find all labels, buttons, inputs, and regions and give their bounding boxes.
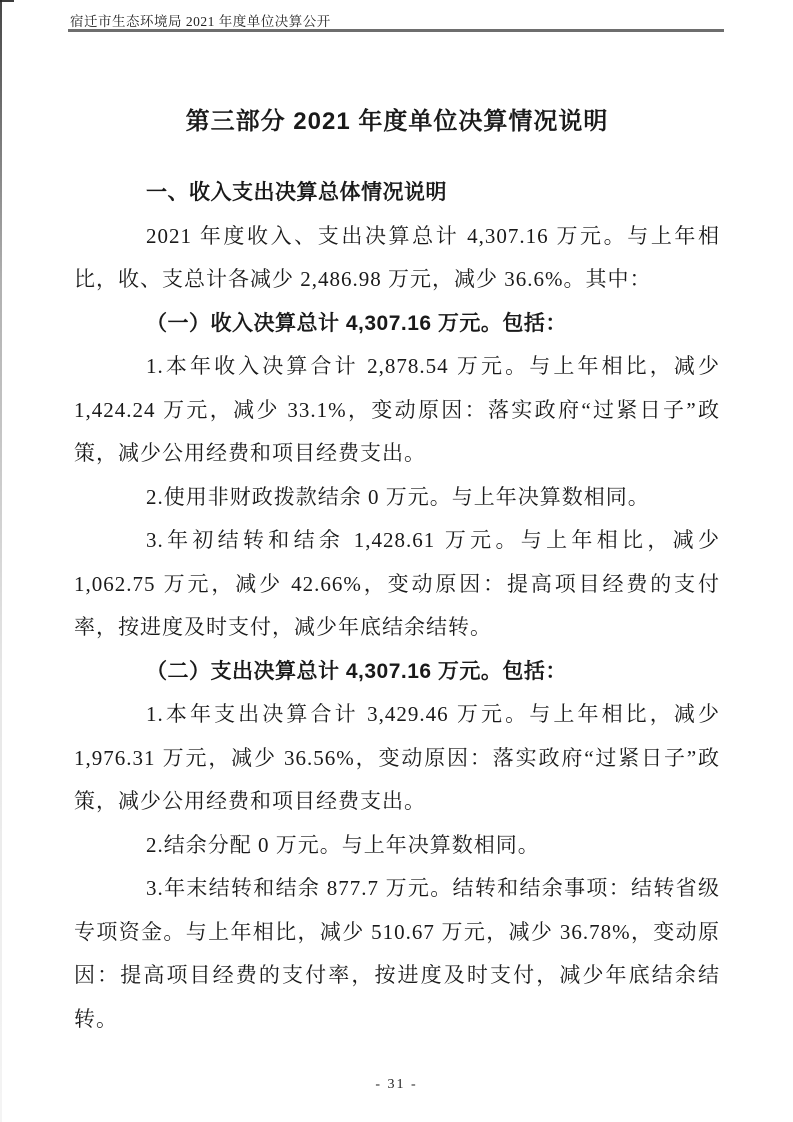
subsection-heading-expenditure: （二）支出决算总计 4,307.16 万元。包括： xyxy=(74,650,720,694)
page-number: - 31 - xyxy=(0,1077,793,1093)
section-heading-overview: 一、收入支出决算总体情况说明 xyxy=(74,171,720,215)
header-rule xyxy=(68,29,724,32)
body-text: 一、收入支出决算总体情况说明 2021 年度收入、支出决算总计 4,307.16… xyxy=(74,171,720,1041)
paragraph-expenditure-item-2: 2.结余分配 0 万元。与上年决算数相同。 xyxy=(74,824,720,868)
running-header: 宿迁市生态环境局 2021 年度单位决算公开 xyxy=(70,10,331,30)
paragraph-expenditure-item-3: 3.年末结转和结余 877.7 万元。结转和结余事项：结转省级专项资金。与上年相… xyxy=(74,867,720,1041)
paragraph-total-summary: 2021 年度收入、支出决算总计 4,307.16 万元。与上年相比，收、支总计… xyxy=(74,215,720,302)
paragraph-income-item-2: 2.使用非财政拨款结余 0 万元。与上年决算数相同。 xyxy=(74,476,720,520)
document-page: { "header": { "text": "宿迁市生态环境局 2021 年度单… xyxy=(0,0,793,1122)
scan-edge-top xyxy=(0,0,14,2)
paragraph-income-item-1: 1.本年收入决算合计 2,878.54 万元。与上年相比，减少 1,424.24… xyxy=(74,345,720,476)
scan-edge-left xyxy=(0,0,2,1122)
paragraph-expenditure-item-1: 1.本年支出决算合计 3,429.46 万元。与上年相比，减少 1,976.31… xyxy=(74,693,720,824)
paragraph-income-item-3: 3.年初结转和结余 1,428.61 万元。与上年相比，减少 1,062.75 … xyxy=(74,519,720,650)
subsection-heading-income: （一）收入决算总计 4,307.16 万元。包括： xyxy=(74,302,720,346)
document-title: 第三部分 2021 年度单位决算情况说明 xyxy=(74,100,720,144)
